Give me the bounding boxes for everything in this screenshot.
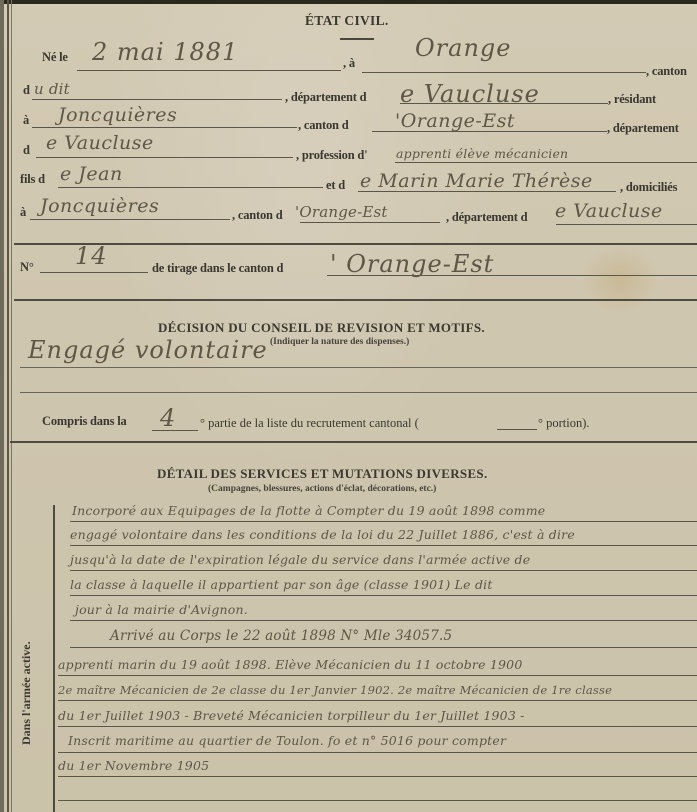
underline <box>58 675 697 676</box>
label-de-tirage: de tirage dans le canton d <box>152 261 283 276</box>
underline <box>36 157 293 158</box>
field-date-naissance: 2 mai 1881 <box>92 38 238 66</box>
label-no: N° <box>20 260 34 275</box>
left-border-inner-2 <box>11 0 12 812</box>
label-departement-d: , département d <box>285 90 366 105</box>
field-canton-residence: 'Orange-Est <box>395 110 515 132</box>
left-border-inner <box>7 0 9 812</box>
label-fils-d: fils d <box>20 172 45 187</box>
service-line: 2e maître Mécanicien de 2e classe du 1er… <box>58 683 612 697</box>
section-title-etat-civil: ÉTAT CIVIL. <box>305 13 389 29</box>
field-profession: apprenti élève mécanicien <box>396 146 568 161</box>
label-departement: , département <box>607 121 679 136</box>
field-decision: Engagé volontaire <box>28 336 268 364</box>
underline <box>70 545 697 546</box>
label-domicilies: , domiciliés <box>620 180 677 195</box>
label-departement-d2: , département d <box>446 210 527 225</box>
service-line: Arrivé au Corps le 22 août 1898 N° Mle 3… <box>110 628 452 644</box>
service-line: du 1er Novembre 1905 <box>58 758 209 773</box>
label-canton: , canton <box>646 64 687 79</box>
underline <box>300 222 440 223</box>
label-et-d: et d <box>326 178 345 193</box>
service-line: jour à la mairie d'Avignon. <box>75 602 248 617</box>
margin-label-armee-active: Dans l'armée active. <box>19 641 34 745</box>
field-canton-domicile: 'Orange-Est <box>295 203 388 221</box>
underline <box>32 127 297 128</box>
service-line: Inscrit maritime au quartier de Toulon. … <box>68 733 506 748</box>
label-a2: à <box>23 113 29 128</box>
underline <box>556 224 697 225</box>
margin-brace <box>53 505 55 812</box>
underline <box>58 187 323 188</box>
label-canton-d2: , canton d <box>232 208 282 223</box>
underline <box>32 99 282 100</box>
underline <box>58 752 697 753</box>
field-partie-liste: 4 <box>160 404 176 432</box>
label-canton-d: , canton d <box>298 118 348 133</box>
line <box>20 392 697 393</box>
label-portion: ° portion). <box>538 416 590 431</box>
underline <box>497 429 537 430</box>
section-title-decision: DÉCISION DU CONSEIL DE REVISION ET MOTIF… <box>158 320 485 336</box>
section-rule <box>14 299 697 301</box>
section-rule <box>10 441 697 443</box>
field-departement-residence: e Vaucluse <box>46 132 154 154</box>
label-ne-le: Né le <box>42 50 68 65</box>
field-canton-de: u dit <box>34 80 70 98</box>
field-canton-tirage: ' Orange-Est <box>330 250 494 278</box>
field-numero-tirage: 14 <box>75 242 108 270</box>
label-d2: d <box>23 143 30 158</box>
underline <box>70 570 697 571</box>
field-pere: e Jean <box>60 163 123 185</box>
field-lieu-naissance: Orange <box>415 34 511 62</box>
underline <box>77 70 341 71</box>
top-edge <box>0 0 697 4</box>
underline <box>70 521 697 522</box>
underline <box>40 272 148 273</box>
underline <box>70 647 697 648</box>
field-mere: e Marin Marie Thérèse <box>360 170 593 192</box>
underline <box>395 162 697 163</box>
field-departement-domicile: e Vaucluse <box>555 200 663 222</box>
left-border <box>0 0 4 812</box>
underline <box>30 219 230 220</box>
service-line: Incorporé aux Equipages de la flotte à C… <box>72 503 545 518</box>
field-residant-a: Joncquières <box>58 104 177 126</box>
underline <box>58 776 697 777</box>
service-line: du 1er Juillet 1903 - Breveté Mécanicien… <box>58 708 525 723</box>
underline <box>58 800 697 801</box>
label-partie: ° partie de la liste du recrutement cant… <box>200 416 419 431</box>
underline <box>362 72 646 73</box>
underline <box>70 620 697 621</box>
label-a3: à <box>20 205 26 220</box>
document-page: ÉTAT CIVIL. Né le 2 mai 1881 , à Orange … <box>0 0 697 812</box>
underline <box>70 595 697 596</box>
service-line: engagé volontaire dans les conditions de… <box>70 527 575 542</box>
field-departement-naissance: e Vaucluse <box>400 80 540 108</box>
label-d: d <box>23 83 30 98</box>
field-domicile: Joncquières <box>40 195 159 217</box>
underline <box>58 700 697 701</box>
line <box>20 367 697 368</box>
section-title-services: DÉTAIL DES SERVICES ET MUTATIONS DIVERSE… <box>157 466 488 482</box>
underline <box>58 726 697 727</box>
service-line: la classe à laquelle il appartient par s… <box>70 577 493 592</box>
label-residant: , résidant <box>608 92 656 107</box>
label-compris: Compris dans la <box>42 414 127 429</box>
service-line: apprenti marin du 19 août 1898. Elève Mé… <box>58 657 522 672</box>
label-profession: , profession d' <box>296 148 367 163</box>
service-line: jusqu'à la date de l'expiration légale d… <box>70 552 530 567</box>
label-a: , à <box>343 56 355 71</box>
title-dash <box>340 38 374 40</box>
section-subtitle-services: (Campagnes, blessures, actions d'éclat, … <box>208 484 436 494</box>
section-rule <box>14 243 697 245</box>
section-subtitle-decision: (Indiquer la nature des dispenses.) <box>270 337 409 347</box>
